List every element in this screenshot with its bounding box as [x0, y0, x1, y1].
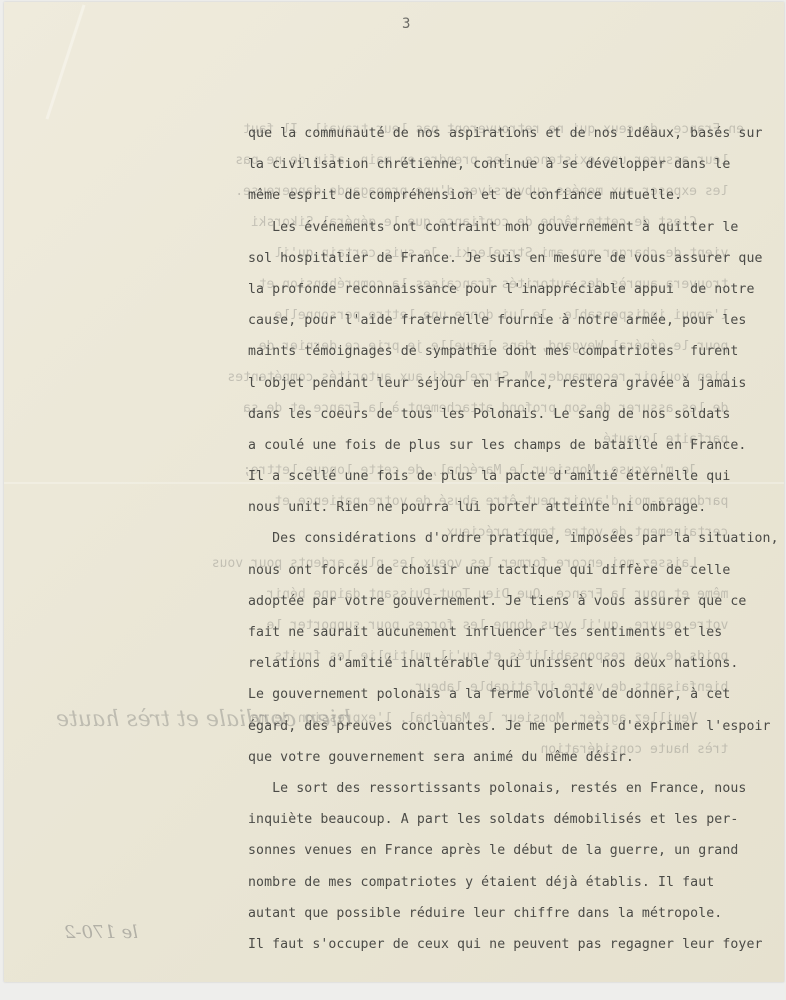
text-line: cause, pour l'aide fraternelle fournie à… — [248, 305, 768, 336]
archive-pencil-note: le 170-2 — [64, 922, 138, 943]
text-line: adoptée par votre gouvernement. Je tiens… — [248, 586, 768, 617]
text-line: nombre de mes compatriotes y étaient déj… — [248, 867, 768, 898]
letter-body: que la communauté de nos aspirations et … — [248, 118, 768, 960]
document-page: en France, de ceux qui ne retrouveront p… — [4, 2, 784, 982]
text-line: Il faut s'occuper de ceux qui ne peuvent… — [248, 929, 768, 960]
page-number: 3 — [402, 16, 410, 32]
text-line: relations d'amitié inaltérable qui uniss… — [248, 648, 768, 679]
text-line: inquiète beaucoup. A part les soldats dé… — [248, 804, 768, 835]
text-line: Le gouvernement polonais a la ferme volo… — [248, 679, 768, 710]
text-line: même esprit de compréhension et de confi… — [248, 180, 768, 211]
text-line: la profonde reconnaissance pour l'inappr… — [248, 274, 768, 305]
text-line: nous unit. Rien ne pourra lui porter att… — [248, 492, 768, 523]
text-line: l'objet pendant leur séjour en France, r… — [248, 368, 768, 399]
paper-crease — [46, 4, 86, 119]
text-line: Les événements ont contraint mon gouvern… — [248, 212, 768, 243]
text-line: Le sort des ressortissants polonais, res… — [248, 773, 768, 804]
text-line: que la communauté de nos aspirations et … — [248, 118, 768, 149]
text-line: nous ont forcés de choisir une tactique … — [248, 555, 768, 586]
text-line: égard, des preuves concluantes. Je me pe… — [248, 711, 768, 742]
text-line: maints témoignages de sympathie dont mes… — [248, 336, 768, 367]
text-line: dans les coeurs de tous les Polonais. Le… — [248, 399, 768, 430]
text-line: que votre gouvernement sera animé du mêm… — [248, 742, 768, 773]
text-line: Des considérations d'ordre pratique, imp… — [248, 523, 768, 554]
text-line: fait ne saurait aucunement influencer le… — [248, 617, 768, 648]
text-line: Il a scellé une fois de plus la pacte d'… — [248, 461, 768, 492]
text-line: autant que possible réduire leur chiffre… — [248, 898, 768, 929]
text-line: a coulé une fois de plus sur les champs … — [248, 430, 768, 461]
text-line: sonnes venues en France après le début d… — [248, 835, 768, 866]
text-line: la civilisation chrétienne, continue à s… — [248, 149, 768, 180]
text-line: sol hospitalier de France. Je suis en me… — [248, 243, 768, 274]
